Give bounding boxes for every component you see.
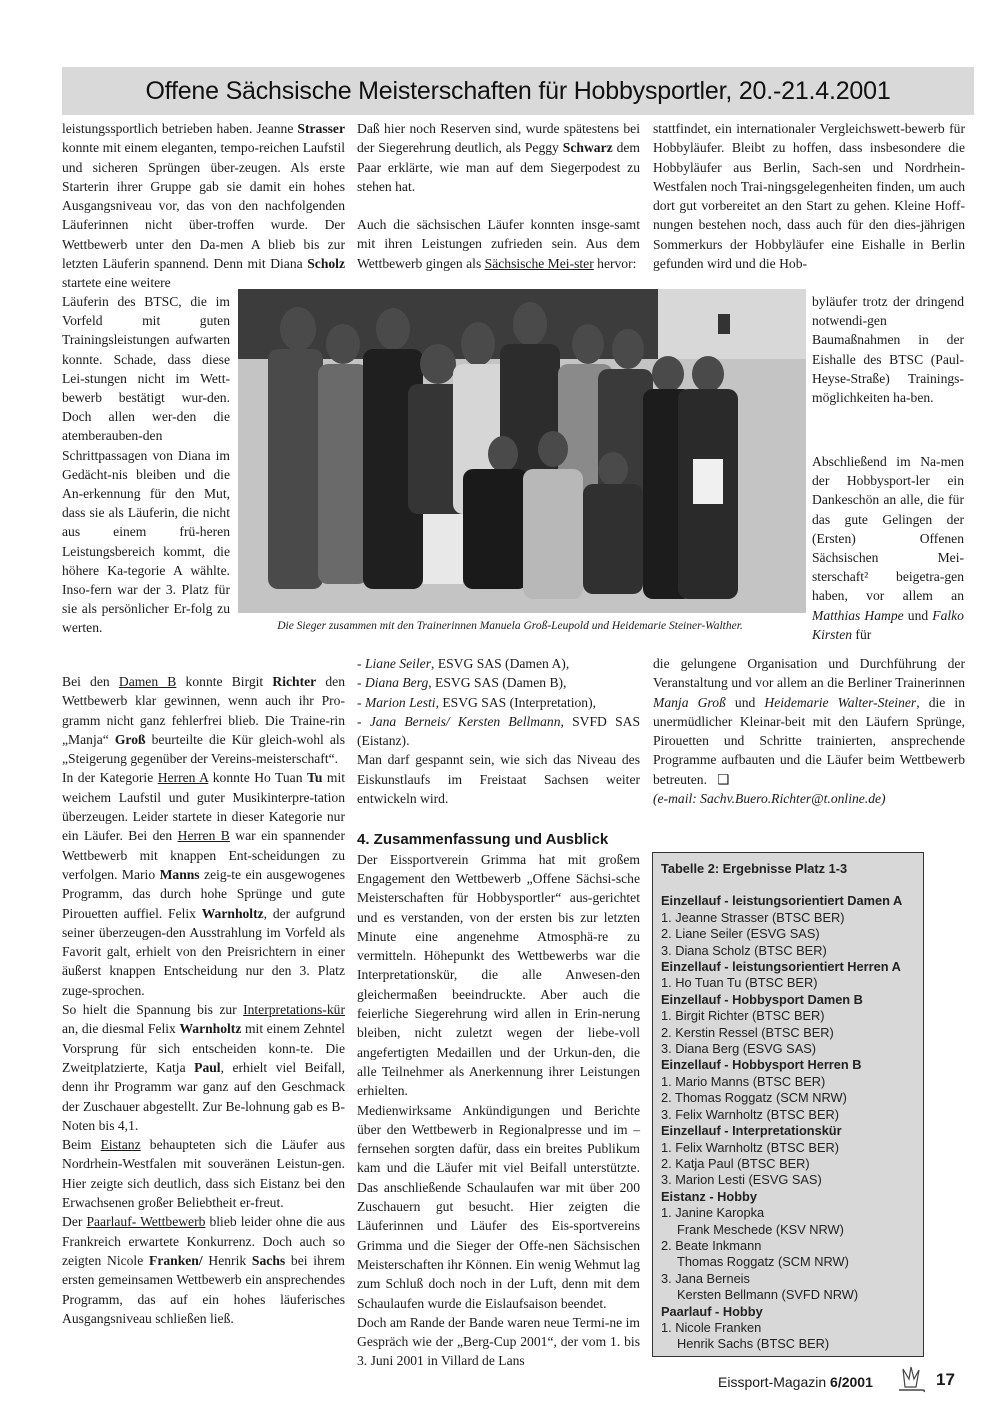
col3-bottom: die gelungene Organisation und Durchführ… (653, 654, 965, 808)
col1-bottom: Bei den Damen B konnte Birgit Richter de… (62, 672, 345, 1328)
table-category: Einzellauf - Interpretationskür (661, 1123, 923, 1139)
table-row: 3. Marion Lesti (ESVG SAS) (661, 1172, 923, 1188)
table-row: 1. Nicole Franken (661, 1320, 923, 1336)
email-link[interactable]: (e-mail: Sachv.Buero.Richter@t.online.de… (653, 791, 886, 806)
table-row: 1. Ho Tuan Tu (BTSC BER) (661, 975, 923, 991)
winners-photo (238, 289, 806, 613)
table-row: Kersten Bellmann (SVFD NRW) (661, 1287, 923, 1303)
table-title: Tabelle 2: Ergebnisse Platz 1-3 (661, 861, 923, 877)
table-category: Einzellauf - leistungsorientiert Damen A (661, 893, 923, 909)
table-row: 3. Felix Warnholtz (BTSC BER) (661, 1107, 923, 1123)
table-row: 2. Liane Seiler (ESVG SAS) (661, 926, 923, 942)
col3-top: stattfindet, ein internationaler Verglei… (653, 119, 965, 273)
page-footer: Eissport-Magazin 6/2001 17 (700, 1365, 970, 1399)
magazine-name: Eissport-Magazin 6/2001 (718, 1374, 873, 1390)
photo-caption: Die Sieger zusammen mit den Trainerinnen… (230, 620, 790, 632)
table-row: 3. Diana Berg (ESVG SAS) (661, 1041, 923, 1057)
table-row: 2. Kerstin Ressel (BTSC BER) (661, 1025, 923, 1041)
table-rows: Einzellauf - leistungsorientiert Damen A… (661, 893, 923, 1352)
table-row: 2. Thomas Roggatz (SCM NRW) (661, 1090, 923, 1106)
table-row: 1. Felix Warnholtz (BTSC BER) (661, 1140, 923, 1156)
table-category: Eistanz - Hobby (661, 1189, 923, 1205)
col2-top: Daß hier noch Reserven sind, wurde späte… (357, 119, 640, 273)
col3-narrow2: Abschließend im Na-men der Hobbysport-le… (812, 452, 964, 644)
table-row: 2. Katja Paul (BTSC BER) (661, 1156, 923, 1172)
table-row: Henrik Sachs (BTSC BER) (661, 1336, 923, 1352)
table-row: 1. Birgit Richter (BTSC BER) (661, 1008, 923, 1024)
table-category: Paarlauf - Hobby (661, 1304, 923, 1320)
table-row: 2. Beate Inkmann (661, 1238, 923, 1254)
group-photo-icon (238, 289, 806, 613)
section-heading: 4. Zusammenfassung und Ausblick (357, 830, 640, 849)
skate-logo-icon (895, 1365, 927, 1395)
col2-bottom: - Liane Seiler, ESVG SAS (Damen A), - Di… (357, 654, 640, 1371)
page-title: Offene Sächsische Meisterschaften für Ho… (62, 67, 974, 115)
title-banner: Offene Sächsische Meisterschaften für Ho… (62, 67, 974, 115)
results-table: Tabelle 2: Ergebnisse Platz 1-3 Einzella… (652, 852, 924, 1357)
table-row: 3. Jana Berneis (661, 1271, 923, 1287)
table-category: Einzellauf - leistungsorientiert Herren … (661, 959, 923, 975)
table-category: Einzellauf - Hobbysport Herren B (661, 1057, 923, 1073)
table-row: Thomas Roggatz (SCM NRW) (661, 1254, 923, 1270)
table-row: Frank Meschede (KSV NRW) (661, 1222, 923, 1238)
end-mark-icon: ❑ (717, 772, 729, 787)
col1-narrow: Läuferin des BTSC, die im Vorfeld mit gu… (62, 292, 230, 638)
table-row: 1. Mario Manns (BTSC BER) (661, 1074, 923, 1090)
table-row: 3. Diana Scholz (BTSC BER) (661, 943, 923, 959)
table-row: 1. Janine Karopka (661, 1205, 923, 1221)
table-row: 1. Jeanne Strasser (BTSC BER) (661, 910, 923, 926)
col3-narrow1: byläufer trotz der dringend notwendi-gen… (812, 292, 964, 407)
col1-intro: leistungssportlich betrieben haben. Jean… (62, 119, 345, 293)
page-number: 17 (936, 1370, 955, 1390)
table-category: Einzellauf - Hobbysport Damen B (661, 992, 923, 1008)
